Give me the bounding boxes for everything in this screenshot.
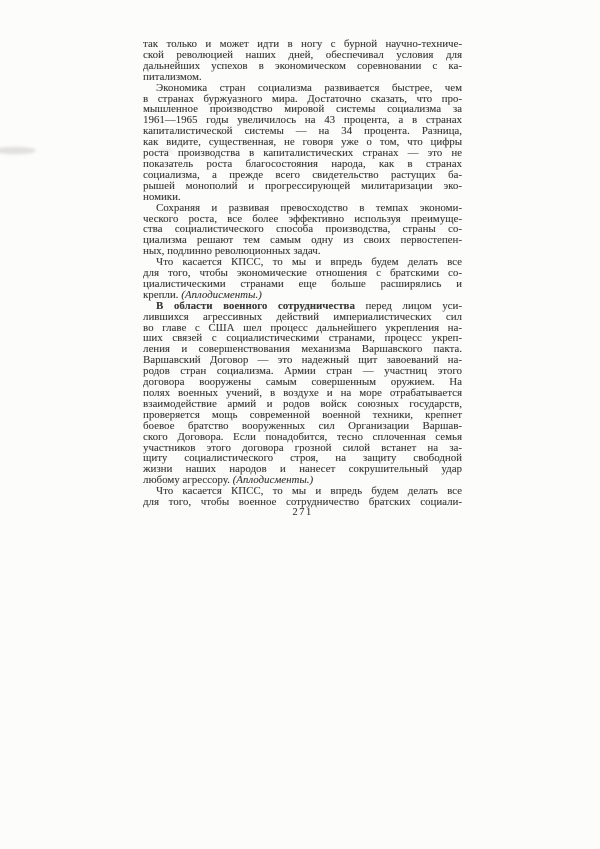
paragraph: Сохраняя и развивая превосходство в темп… [143,203,462,258]
scan-smudge [0,147,36,154]
paragraph: Что касается КПСС, то мы и впредь будем … [143,257,462,301]
page-number: 271 [143,507,462,518]
paragraph: Что касается КПСС, то мы и впредь будем … [143,486,462,508]
text-block: так только и может идти в ногу с бурной … [143,39,462,508]
text-line: рышей монополий и прогрессирующей милита… [143,181,462,192]
paragraph: так только и может идти в ногу с бурной … [143,39,462,83]
paragraph: В области военного сотрудничества перед … [143,301,462,486]
book-page: так только и может идти в ногу с бурной … [0,0,600,849]
paragraph: Экономика стран социализма развивается б… [143,83,462,203]
text-run: рышей монополий и прогрессирующей милита… [143,180,462,192]
